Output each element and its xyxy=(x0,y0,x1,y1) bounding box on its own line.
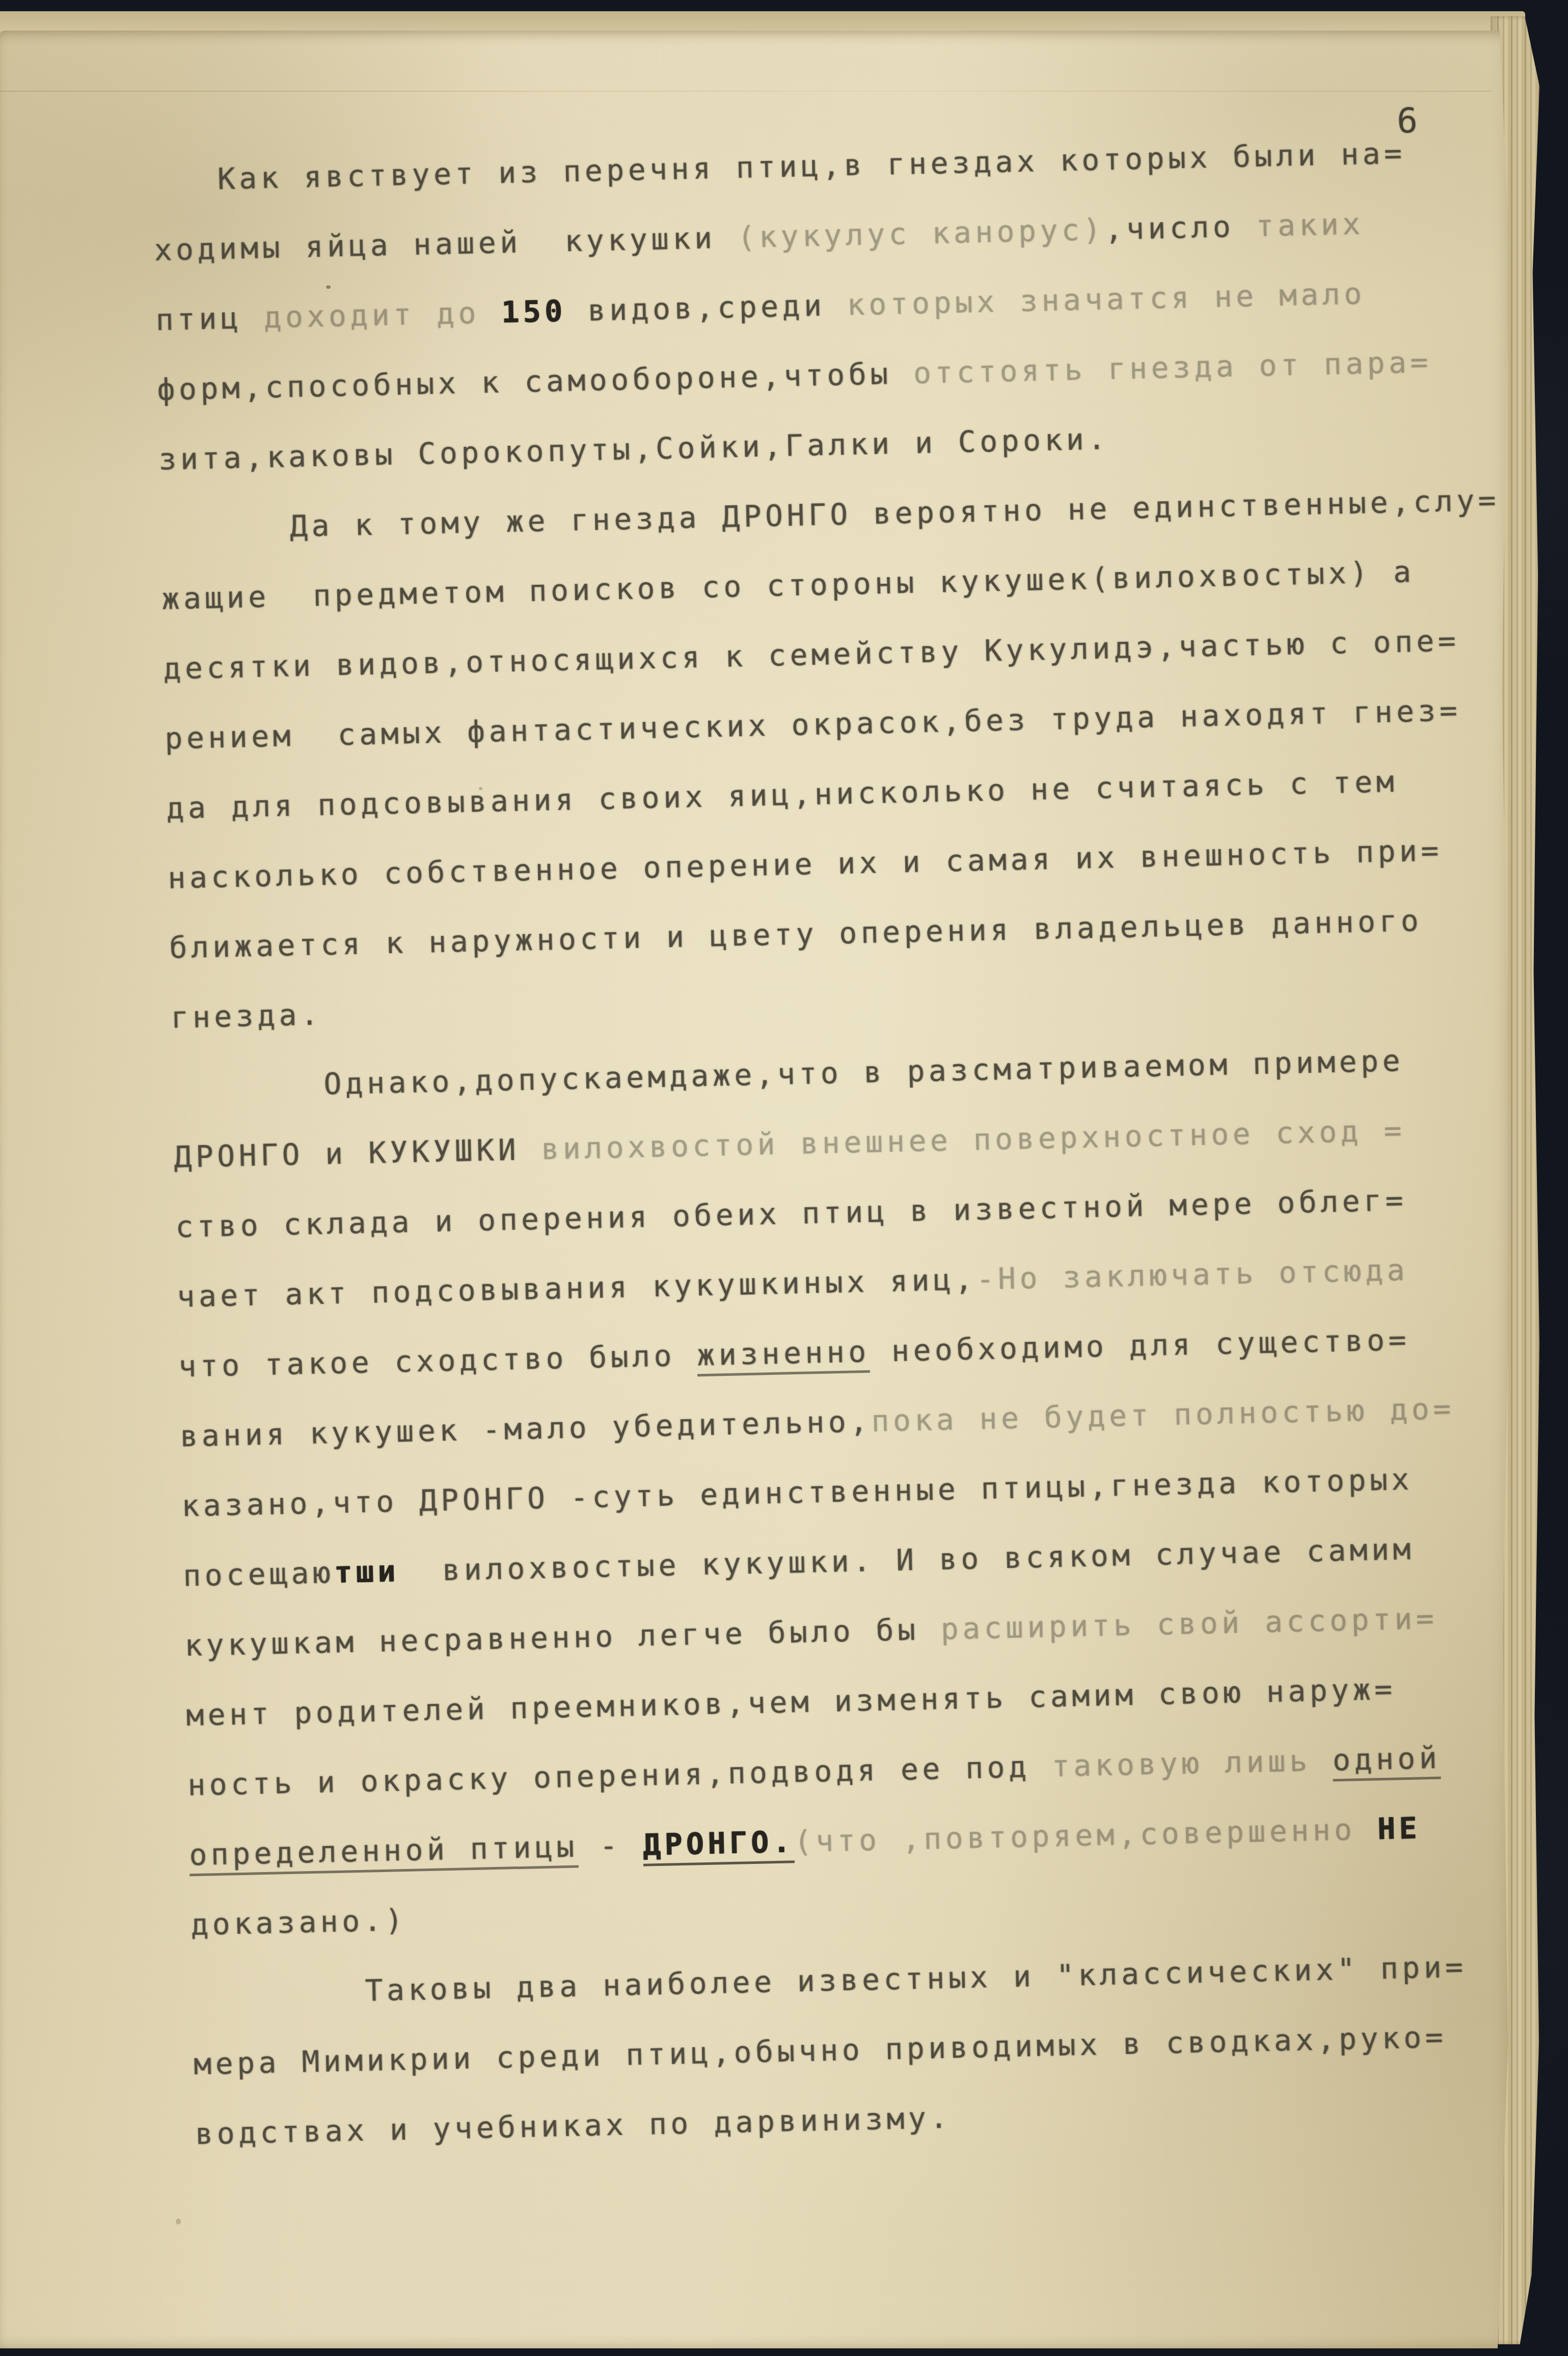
text-segment: (что ,повторяем,совершенно xyxy=(794,1811,1378,1859)
text-segment: казано,что ДРОНГО -суть единственные пти… xyxy=(181,1462,1414,1524)
text-segment: ство склада и оперения обеих птиц в изве… xyxy=(175,1183,1408,1244)
text-segment: мент родителей преемников,чем изменять с… xyxy=(185,1671,1396,1732)
page-text: Как явствует из перечня птиц,в гнездах к… xyxy=(152,116,1568,2169)
paper-speck xyxy=(479,787,482,790)
text-segment: таковую лишь xyxy=(1051,1743,1333,1783)
text-segment: жизненно xyxy=(696,1334,870,1376)
paper-speck xyxy=(176,2218,181,2225)
text-segment: рением самых фантастических окрасок,без … xyxy=(165,693,1462,756)
text-segment: ДРОНГО и КУКУШКИ xyxy=(174,1132,542,1175)
text-segment: пока не будет полностью до= xyxy=(871,1391,1455,1439)
text-segment: видов,среди xyxy=(566,287,848,328)
text-segment: Да к тому же гнезда ДРОНГО вероятно не е… xyxy=(160,482,1500,546)
text-segment: птиц xyxy=(155,300,264,337)
text-segment: чает акт подсовывания кукушкиных яиц, xyxy=(177,1262,977,1314)
text-segment: кукушкам несравненно легче было бы xyxy=(184,1612,941,1663)
text-segment: ходимы яйца нашей кукушки xyxy=(154,220,738,267)
text-segment: Однако,допускаемдаже,что в разсматриваем… xyxy=(172,1043,1404,1105)
text-segment: Как явствует из перечня птиц,в гнездах к… xyxy=(152,136,1406,198)
paper-speck xyxy=(326,285,331,289)
text-segment: отстоять гнезда от пара= xyxy=(913,344,1432,390)
text-segment: вилохвостые кукушки. И во всяком случае … xyxy=(399,1532,1415,1588)
text-segment: форм,способных к самообороне,чтобы xyxy=(157,356,914,407)
text-segment: ,число xyxy=(1104,209,1256,247)
text-segment: Таковы два наиболее известных и "классич… xyxy=(192,1949,1467,2012)
text-segment: посещаю xyxy=(183,1555,335,1593)
text-segment: зита,каковы Сорокопуты,Сойки,Галки и Сор… xyxy=(158,421,1110,477)
text-segment: мера Мимикрии среди птиц,обычно приводим… xyxy=(193,2019,1447,2081)
text-segment: водствах и учебниках по дарвинизму. xyxy=(195,2100,952,2151)
text-segment: вания кукушек -мало убедительно, xyxy=(180,1404,872,1454)
text-segment: расширить свой ассорти= xyxy=(940,1601,1438,1646)
text-segment: ность и окраску оперения,подводя ее под xyxy=(187,1749,1052,1802)
text-segment: которых значатся не мало xyxy=(847,276,1366,322)
text-segment: гнезда. xyxy=(171,997,322,1035)
text-segment: определенной птицы xyxy=(188,1829,578,1877)
text-segment: вилохвостой внешнее поверхностное сход = xyxy=(541,1113,1406,1167)
text-segment: жащие предметом поисков со стороны кукуш… xyxy=(161,554,1415,616)
text-segment: одной xyxy=(1332,1741,1441,1782)
paper-speck xyxy=(1256,1561,1259,1564)
text-segment: необходимо для существо= xyxy=(870,1322,1411,1369)
text-segment: ДРОНГО. xyxy=(642,1824,795,1866)
text-segment: насколько собственное оперение их и сама… xyxy=(168,833,1443,896)
text-segment: да для подсовывания своих яиц,нисколько … xyxy=(166,764,1398,826)
text-segment: что такое сходство было xyxy=(178,1338,697,1384)
text-segment: доказано.) xyxy=(190,1903,407,1942)
text-segment: НЕ xyxy=(1377,1810,1421,1846)
text-segment: 150 xyxy=(501,293,566,330)
text-segment: ближается к наружности и цвету оперения … xyxy=(169,903,1423,965)
text-segment: -Но заключать отсюда xyxy=(976,1253,1409,1296)
text-segment: таких xyxy=(1256,206,1365,243)
text-segment: (кукулус канорус) xyxy=(737,212,1105,255)
text-segment: тши xyxy=(334,1554,399,1590)
text-segment: доходит до xyxy=(263,295,502,335)
paper-crease xyxy=(0,91,1493,92)
text-segment: десятки видов,относящихся к семейству Ку… xyxy=(163,623,1460,686)
text-segment: - xyxy=(578,1828,643,1864)
